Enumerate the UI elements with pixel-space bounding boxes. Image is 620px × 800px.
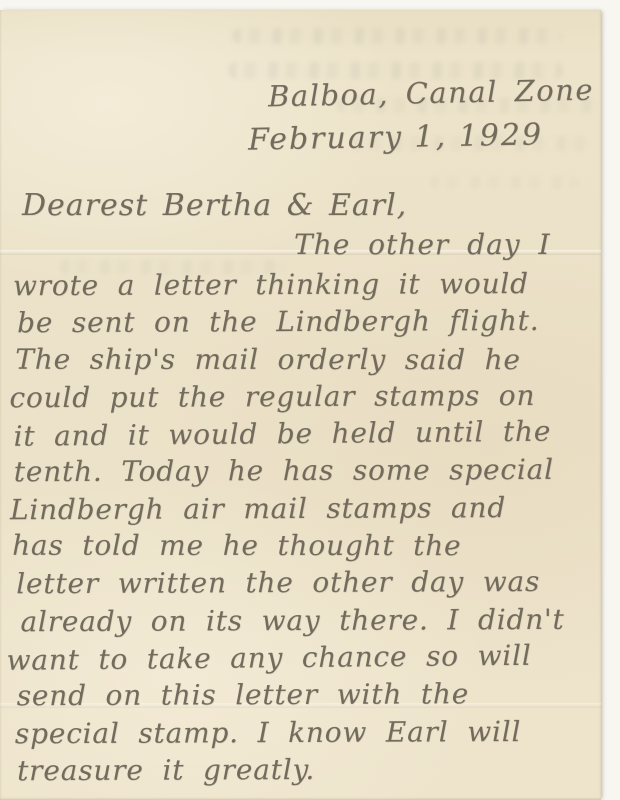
ink-bleedthrough-streak — [232, 28, 562, 44]
letter-line: tenth. Today he has some special — [14, 453, 595, 493]
letter-line: has told me he thought the — [12, 529, 595, 567]
letter-date-line: February 1, 1929 — [248, 117, 544, 157]
letter-body: wrote a letter thinking it would be sent… — [0, 267, 596, 792]
letter-place-line: Balboa, Canal Zone — [268, 73, 595, 114]
letter-line: could put the regular stamps on — [9, 379, 594, 419]
letter-line: it and it would be held until the — [13, 414, 594, 457]
letter-line: be sent on the Lindbergh flight. — [17, 304, 594, 344]
letter-line: Lindbergh air mail stamps and — [10, 490, 595, 530]
letter-line: special stamp. I know Earl will — [15, 714, 596, 754]
letter-line: want to take any chance so will — [6, 638, 595, 681]
letter-line: wrote a letter thinking it would — [13, 267, 594, 307]
letter-line: send on this letter with the — [17, 677, 596, 717]
ink-bleedthrough-streak — [430, 176, 580, 189]
letter-salutation: Dearest Bertha & Earl, — [22, 188, 407, 223]
letter-line: letter written the other day was — [16, 565, 595, 605]
letter-body-first-line: The other day I — [294, 228, 551, 261]
letter-line: The ship's mail orderly said he — [15, 342, 594, 380]
letter-line: already on its way there. I didn't — [20, 602, 595, 642]
scanned-letter-page: Balboa, Canal Zone February 1, 1929 Dear… — [0, 0, 620, 800]
letter-line: treasure it greatly. — [17, 752, 596, 792]
letter-paper-sheet: Balboa, Canal Zone February 1, 1929 Dear… — [0, 10, 601, 800]
